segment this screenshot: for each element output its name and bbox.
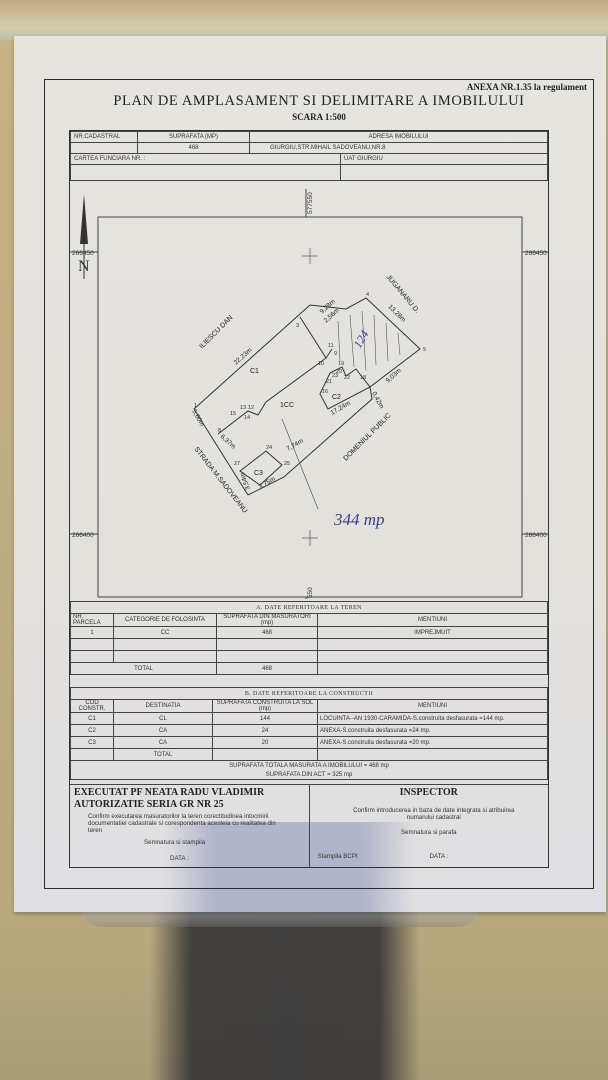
bcpi-stamp-label: Stampila BCPI <box>318 853 358 860</box>
total-value: 468 <box>217 663 318 675</box>
svg-text:0,42m: 0,42m <box>370 391 385 410</box>
col-suprafata-constr: SUPRAFATA CONSTRUITA LA SOL (mp) <box>213 700 318 713</box>
section-a-title: A. DATE REFERITOARE LA TEREN <box>71 602 548 614</box>
cell: CA <box>114 725 213 737</box>
adresa-label: ADRESA IMOBILULUI <box>250 132 548 143</box>
inspector-block: INSPECTOR Confirm introducerea in baza d… <box>310 785 549 867</box>
cell: 144 <box>213 713 318 725</box>
svg-text:9,03m: 9,03m <box>385 367 403 384</box>
svg-text:DOMENIUL PUBLIC: DOMENIUL PUBLIC <box>342 412 392 462</box>
svg-text:11: 11 <box>328 343 334 349</box>
col-cod: COD CONSTR. <box>71 700 114 713</box>
svg-text:10: 10 <box>318 361 324 367</box>
svg-text:266450: 266450 <box>72 250 94 257</box>
svg-text:5,60m: 5,60m <box>190 409 205 428</box>
svg-text:C2: C2 <box>332 394 341 401</box>
total-row: TOTAL <box>71 749 548 761</box>
svg-text:577550: 577550 <box>307 587 314 599</box>
svg-text:12: 12 <box>248 405 254 411</box>
cell <box>318 651 548 663</box>
form-body: NR.CADASTRAL SUPRAFATA (mp) ADRESA IMOBI… <box>69 130 549 868</box>
cell: IMPREJMUIT <box>318 627 548 639</box>
svg-text:21: 21 <box>326 379 332 385</box>
svg-text:15: 15 <box>230 411 236 417</box>
cell <box>318 749 548 761</box>
uat-label: UAT GIURGIU <box>341 154 548 165</box>
svg-text:ILIESCU DAN: ILIESCU DAN <box>198 314 234 350</box>
svg-text:27: 27 <box>234 461 240 467</box>
col-nr-parcela: NR. PARCELA <box>71 614 114 627</box>
svg-text:18: 18 <box>360 375 366 381</box>
svg-text:16: 16 <box>322 389 328 395</box>
header-table: NR.CADASTRAL SUPRAFATA (mp) ADRESA IMOBI… <box>70 131 548 181</box>
page-title: PLAN DE AMPLASAMENT SI DELIMITARE A IMOB… <box>45 93 593 110</box>
cell <box>114 651 217 663</box>
cell: LOCUINTA--AN 1930-CARAMIDA-S.construita … <box>318 713 548 725</box>
carte-funciara-value <box>71 165 341 181</box>
site-plan-drawing: N 266450 266450 266400 266400 577550 577… <box>70 189 548 599</box>
inspector-text: Confirm introducerea in baza de date int… <box>350 807 519 821</box>
cell: CA <box>114 737 213 749</box>
svg-text:C3: C3 <box>254 470 263 477</box>
svg-text:344 mp: 344 mp <box>333 510 385 529</box>
suprafata-label: SUPRAFATA (mp) <box>138 132 250 143</box>
table-row: C1 CL 144 LOCUINTA--AN 1930-CARAMIDA-S.c… <box>71 713 548 725</box>
cell <box>114 639 217 651</box>
svg-text:9: 9 <box>334 351 337 357</box>
executor-name: EXECUTAT PF NEATA RADU VLADIMIR <box>74 787 264 798</box>
adresa-value: GIURGIU,STR.MIHAIL SADOVEANU,NR.8 <box>250 143 548 154</box>
executor-authorization: AUTORIZATIE SERIA GR NR 25 <box>74 799 224 810</box>
cell: 468 <box>217 627 318 639</box>
svg-text:7,74m: 7,74m <box>286 438 305 453</box>
table-row: C2 CA 24 ANEXA-S.construita desfasurata … <box>71 725 548 737</box>
outer-frame: ANEXA NR.1.35 la regulament PLAN DE AMPL… <box>44 79 594 889</box>
col-mentiuni: MENTIUNI <box>318 614 548 627</box>
svg-text:266450: 266450 <box>525 250 547 257</box>
table-row: 1 CC 468 IMPREJMUIT <box>71 627 548 639</box>
svg-text:14: 14 <box>244 415 250 421</box>
svg-text:23: 23 <box>332 373 338 379</box>
document-sheet: ANEXA NR.1.35 la regulament PLAN DE AMPL… <box>14 36 606 912</box>
svg-text:6,37m: 6,37m <box>219 433 237 450</box>
cell: C1 <box>71 713 114 725</box>
inspector-sign-label: Semnatura si parafa <box>310 829 549 836</box>
cell: C3 <box>71 737 114 749</box>
svg-text:C1: C1 <box>250 368 259 375</box>
total-label: TOTAL <box>71 663 217 675</box>
cell <box>217 651 318 663</box>
table-row: C3 CA 20 ANEXA-S.construita desfasurata … <box>71 737 548 749</box>
executor-text: Confirm executarea masuratorilor la tere… <box>88 813 288 834</box>
svg-text:19: 19 <box>338 361 344 367</box>
cell <box>71 651 114 663</box>
col-categorie: CATEGORIE DE FOLOSINTA <box>114 614 217 627</box>
cell: 1 <box>71 627 114 639</box>
signature-block: EXECUTAT PF NEATA RADU VLADIMIR AUTORIZA… <box>70 784 548 867</box>
cell <box>71 639 114 651</box>
svg-text:577550: 577550 <box>307 192 314 214</box>
nr-cadastral-label: NR.CADASTRAL <box>71 132 138 143</box>
cell <box>213 749 318 761</box>
cell: ANEXA-S.construita desfasurata =24 mp. <box>318 725 548 737</box>
cell: 20 <box>213 737 318 749</box>
total-label: TOTAL <box>114 749 213 761</box>
cell <box>318 639 548 651</box>
scale-label: SCARA 1:500 <box>45 112 593 122</box>
total-row: TOTAL 468 <box>71 663 548 675</box>
svg-text:22,23m: 22,23m <box>233 347 254 367</box>
area-act: SUPRAFATA DIN ACT = 325 mp <box>71 770 548 780</box>
svg-text:5: 5 <box>423 347 426 353</box>
svg-text:24: 24 <box>266 445 272 451</box>
svg-text:124: 124 <box>350 328 371 351</box>
cell <box>71 749 114 761</box>
carte-funciara-label: CARTEA FUNCIARA NR. : <box>71 154 341 165</box>
col-mentiuni-b: MENTIUNI <box>318 700 548 713</box>
total-measured: SUPRAFATA TOTALA MASURATA A IMOBILULUI =… <box>71 761 548 771</box>
col-destinatia: DESTINATIA <box>114 700 213 713</box>
svg-text:3: 3 <box>296 323 299 329</box>
svg-text:3,54m: 3,54m <box>239 471 252 490</box>
section-b-title: B. DATE REFERITOARE LA CONSTRUCTII <box>71 688 548 700</box>
annex-label: ANEXA NR.1.35 la regulament <box>467 82 587 92</box>
plastic-sleeve <box>0 0 608 40</box>
inspector-date: DATA : <box>430 853 449 860</box>
svg-text:1CC: 1CC <box>280 402 294 409</box>
svg-text:266400: 266400 <box>525 532 547 539</box>
svg-text:13: 13 <box>240 405 246 411</box>
col-suprafata: SUPRAFATA DIN MASURATORI (mp) <box>217 614 318 627</box>
cell: C2 <box>71 725 114 737</box>
section-b-table: B. DATE REFERITOARE LA CONSTRUCTII COD C… <box>70 687 548 780</box>
cell: CC <box>114 627 217 639</box>
site-plan: N 266450 266450 266400 266400 577550 577… <box>70 189 548 599</box>
executor-date: DATA : <box>170 855 189 862</box>
cell: CL <box>114 713 213 725</box>
executor-block: EXECUTAT PF NEATA RADU VLADIMIR AUTORIZA… <box>70 785 310 867</box>
uat-value <box>341 165 548 181</box>
section-a-table: A. DATE REFERITOARE LA TEREN NR. PARCELA… <box>70 601 548 675</box>
svg-text:266400: 266400 <box>72 532 94 539</box>
executor-sign-label: Semnatura si stampila <box>144 839 205 846</box>
svg-text:4: 4 <box>366 292 369 298</box>
svg-text:8: 8 <box>218 428 221 434</box>
inspector-title: INSPECTOR <box>310 787 549 798</box>
svg-text:STRADA M.SADOVEANU: STRADA M.SADOVEANU <box>192 446 248 515</box>
table-row <box>71 651 548 663</box>
cell: 24 <box>213 725 318 737</box>
svg-text:22: 22 <box>344 375 350 381</box>
cell <box>318 663 548 675</box>
table-row <box>71 639 548 651</box>
cell <box>217 639 318 651</box>
cell: ANEXA-S.construita desfasurata =20 mp. <box>318 737 548 749</box>
svg-text:N: N <box>78 258 90 275</box>
nr-cadastral-value <box>71 143 138 154</box>
svg-text:25: 25 <box>284 461 290 467</box>
suprafata-value: 468 <box>138 143 250 154</box>
